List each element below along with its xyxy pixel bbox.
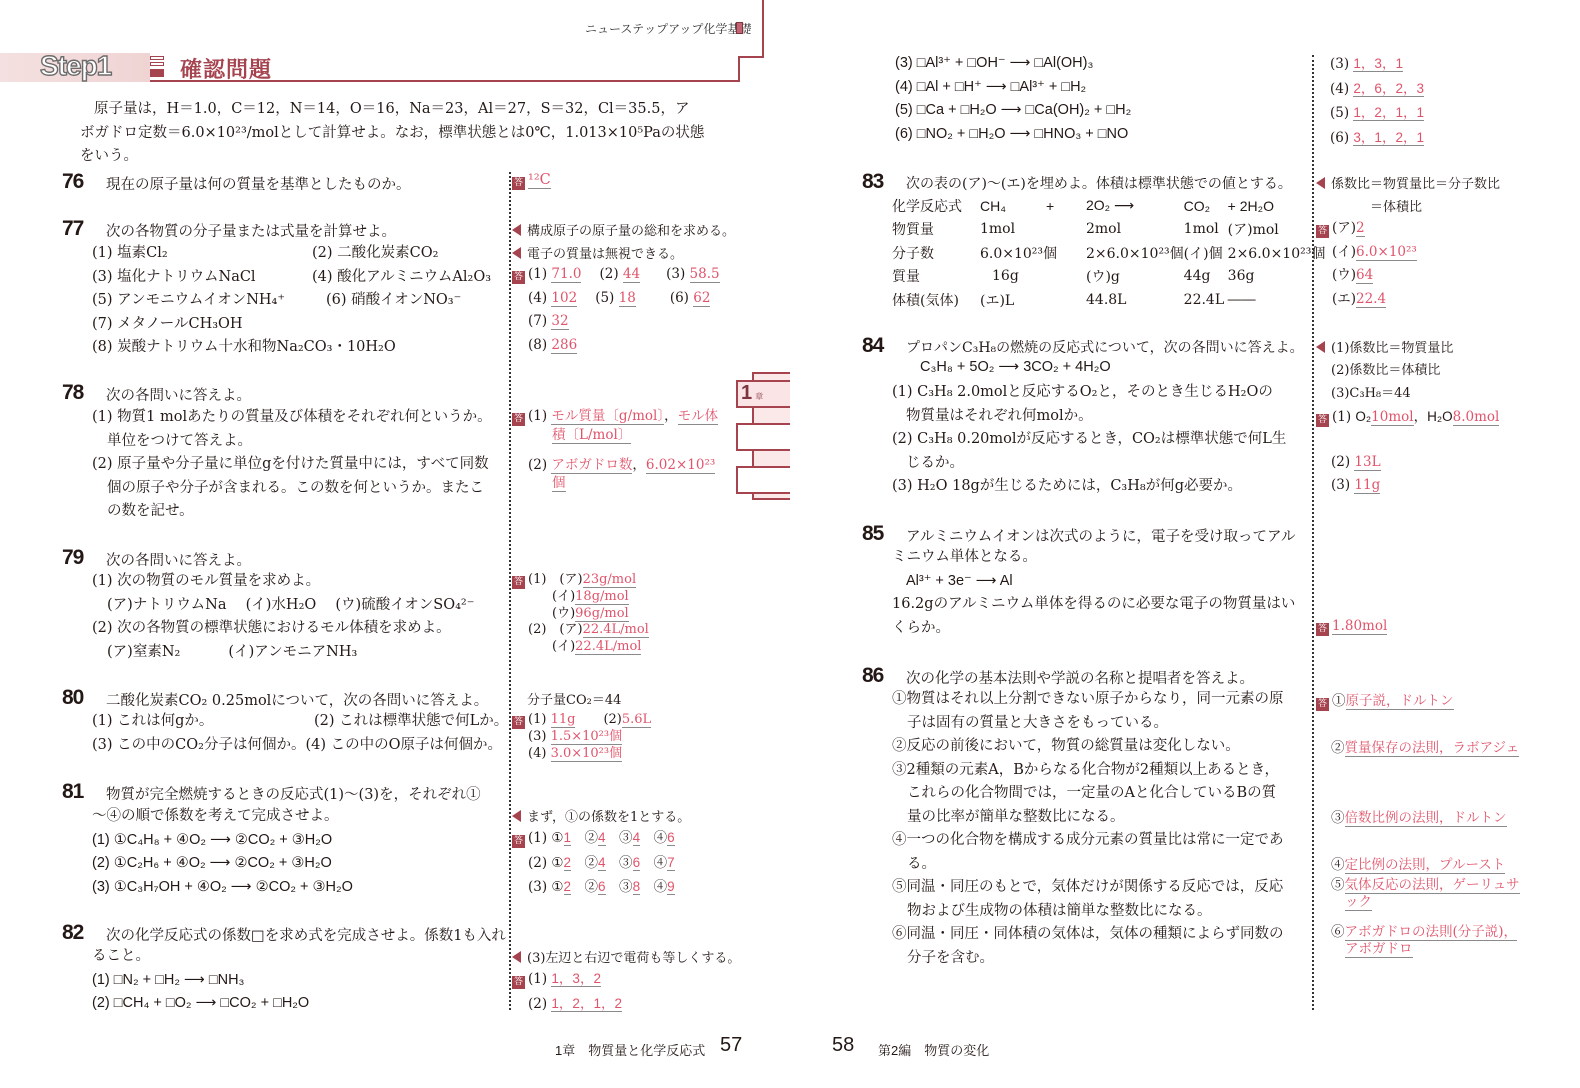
- question-number: 84: [862, 334, 883, 358]
- answer-value: ック: [1345, 894, 1372, 911]
- header-step-line: [738, 56, 764, 58]
- footer-section: 第2編 物質の変化: [878, 1040, 989, 1059]
- item: (1) 塩素Cl₂: [92, 242, 312, 266]
- answer-value: 96g/mol: [575, 606, 629, 622]
- answer-value: 6.0×10²³: [1356, 244, 1417, 261]
- answer-item: ②質量保存の法則，ラボアジェ: [1331, 736, 1519, 756]
- answer-value: モル質量〔g/mol〕: [551, 408, 664, 425]
- hint-arrow-icon: [512, 951, 521, 963]
- answer-mark-icon: 答: [512, 177, 525, 190]
- question-number: 83: [862, 170, 883, 194]
- book-title: ニューステップアップ化学基礎: [585, 20, 751, 37]
- answer-value: 32: [551, 313, 568, 330]
- answer-value: 22.4L/mol: [583, 622, 649, 638]
- item: (6) 硝酸イオンNO₃⁻: [326, 292, 461, 308]
- question-text: プロパンC₃H₈の燃焼の反応式について，次の各問いに答えよ。: [906, 337, 1304, 357]
- answer-value: 5.6L: [622, 712, 651, 728]
- answer-mark-icon: 答: [512, 576, 525, 589]
- answer-value: 原子説，ドルトン: [1346, 693, 1454, 710]
- answer-value: 1，2，1，2: [551, 996, 622, 1012]
- answer-block: 答(1) ①1 ②4 ③4 ④6 (2) ①2 ②4 ③6 ④7 (3) ①2 …: [512, 826, 675, 900]
- column-divider: [509, 172, 511, 1010]
- answer-block: 答(1) 1，3，2 (2) 1，2，1，2: [512, 967, 622, 1016]
- answer-item: ⑤気体反応の法則，ゲーリュサ ック: [1331, 877, 1520, 911]
- section-icon-bar: [150, 69, 164, 77]
- question-number: 81: [62, 780, 83, 804]
- hint-text: ＝体積比: [1370, 196, 1422, 215]
- answer-block: (2) 13L: [1331, 454, 1381, 470]
- hint-text: 電子の質量は無視できる。: [527, 247, 683, 262]
- question-lines: (3) □Al³⁺ + □OH⁻ ⟶ □Al(OH)₃ (4) □Al + □H…: [895, 52, 1131, 146]
- item: (5) アンモニウムイオンNH₄⁺: [92, 289, 326, 313]
- question-number: 76: [62, 170, 83, 194]
- left-page: ニューステップアップ化学基礎 Step1 確認問題 原子量は，H＝1.0，C＝1…: [0, 0, 790, 1088]
- answer-value: 62: [693, 290, 710, 307]
- answer-value: 18g/mol: [575, 589, 629, 605]
- answer-item: 答①原子説，ドルトン: [1316, 689, 1454, 711]
- answer-value: 22.4L/mol: [575, 639, 641, 655]
- hint-text: (3)左辺と右辺で電荷も等しくする。: [527, 951, 740, 966]
- answer-mark-icon: 答: [512, 976, 525, 989]
- reaction-table: 化学反応式CH₄+2O₂ ⟶CO₂+ 2H₂O 物質量1mol2mol1mol(…: [892, 194, 1325, 312]
- header-step-line: [738, 56, 740, 82]
- chapter-label: 章: [755, 392, 763, 401]
- question-number: 79: [62, 546, 83, 570]
- question-number: 77: [62, 217, 83, 241]
- answer-value: 1，3，2: [551, 971, 601, 987]
- hint-arrow-icon: [512, 247, 521, 259]
- section-icon-bar: [150, 56, 164, 60]
- section-title: 確認問題: [180, 53, 272, 84]
- question-lines: ミニウム単体となる。 Al³⁺ + 3e⁻ ⟶ Al 16.2gのアルミニウム単…: [892, 546, 1295, 640]
- answer-value: 積〔L/mol〕: [552, 427, 631, 444]
- question-number: 85: [862, 522, 883, 546]
- hint-text: 係数比＝物質量比＝分子数比: [1331, 177, 1500, 192]
- answer-value: 2: [1356, 220, 1365, 237]
- answer-mark-icon: 答: [1316, 225, 1329, 238]
- answer-value: 定比例の法則，プルースト: [1345, 857, 1506, 874]
- question-number: 78: [62, 381, 83, 405]
- question-text: 次の各物質の分子量または式量を計算せよ。: [106, 220, 396, 241]
- chapter-tab-1[interactable]: 1章: [736, 380, 790, 408]
- step-label: Step1: [40, 50, 111, 82]
- answer-value: 22.4: [1356, 291, 1386, 308]
- question-items: (1) 塩素Cl₂(2) 二酸化炭素CO₂ (3) 塩化ナトリウムNaCl(4)…: [92, 242, 491, 360]
- question-number: 80: [62, 686, 83, 710]
- hint-text: 構成原子の原子量の総和を求める。: [527, 224, 735, 239]
- answer-value: 倍数比例の法則，ドルトン: [1345, 810, 1507, 827]
- question-lines: ること。 (1) □N₂ + □H₂ ⟶ □NH₃ (2) □CH₄ + □O₂…: [92, 945, 309, 1016]
- answer-value: 10mol: [1371, 409, 1413, 426]
- answer-value: 8.0mol: [1453, 409, 1500, 426]
- item: (8) 炭酸ナトリウム十水和物Na₂CO₃・10H₂O: [92, 336, 491, 360]
- answer-value: 個: [552, 475, 566, 492]
- answer-value: 1，3，1: [1353, 56, 1403, 72]
- hint-arrow-icon: [512, 810, 521, 822]
- answer-value: 11g: [1354, 477, 1380, 494]
- hint-text: まず，①の係数を1とする。: [527, 810, 690, 825]
- answer-block: 答(1) モル質量〔g/mol〕，モル体 積〔L/mol〕 (2) アボガドロ数…: [512, 407, 718, 492]
- answer-value: 64: [1356, 267, 1373, 284]
- answer-block: 答(1) 71.0(2) 44(3) 58.5 (4) 102(5) 18(6)…: [512, 263, 720, 357]
- answer-block: (3) 11g: [1331, 477, 1380, 493]
- intro-text: 原子量は，H＝1.0，C＝12，N＝14，O＝16，Na＝23，Al＝27，S＝…: [80, 98, 704, 169]
- item: (3) 塩化ナトリウムNaCl: [92, 266, 312, 290]
- answer-value: 18: [619, 290, 636, 307]
- question-text: 物質が完全燃焼するときの反応式(1)～(3)を，それぞれ①: [106, 783, 481, 804]
- answer-item: ④定比例の法則，プルースト: [1331, 853, 1505, 873]
- answer-mark-icon: 答: [512, 271, 525, 284]
- book-title-marker-icon: [736, 22, 743, 34]
- answer-item: ③倍数比例の法則，ドルトン: [1331, 806, 1507, 826]
- question-lines: ～④の順で係数を考えて完成させよ。 (1) ①C₄H₈ + ④O₂ ⟶ ②CO₂…: [92, 805, 353, 899]
- question-text: 次の表の(ア)～(エ)を埋めよ。体積は標準状態での値とする。: [906, 173, 1292, 193]
- answer-value: 質量保存の法則，ラボアジェ: [1345, 740, 1520, 757]
- answer-mark-icon: 答: [512, 835, 525, 848]
- answer-value: モル体: [678, 408, 719, 425]
- footer-chapter: 1章 物質量と化学反応式: [555, 1040, 705, 1059]
- answer-block: 答(1) 11g(2)5.6L (3) 1.5×10²³個 (4) 3.0×10…: [512, 712, 651, 762]
- hint-text: (3)C₃H₈＝44: [1331, 382, 1411, 401]
- answer-value: アボガドロの法則(分子説)，: [1345, 924, 1518, 941]
- question-text: アルミニウムイオンは次式のように，電子を受け取ってアル: [906, 525, 1295, 546]
- chapter-tab-3[interactable]: [736, 466, 790, 494]
- question-number: 86: [862, 664, 883, 688]
- question-text: 次の化学の基本法則や学説の名称と提唱者を答えよ。: [906, 667, 1254, 688]
- right-page: (3) □Al³⁺ + □OH⁻ ⟶ □Al(OH)₃ (4) □Al + □H…: [790, 0, 1580, 1088]
- intro-line: をいう。: [80, 145, 704, 169]
- question-text: 次の各問いに答えよ。: [106, 549, 251, 570]
- header-vertical-line: [762, 0, 764, 58]
- answer-value: 11g: [551, 712, 576, 728]
- answer-value: 13L: [1354, 454, 1380, 471]
- answer-value: 23g/mol: [583, 572, 637, 588]
- answer-value: 58.5: [690, 266, 720, 283]
- answer-value: 1.80mol: [1332, 618, 1387, 635]
- answer-value: 44: [623, 266, 640, 283]
- answer-value: 気体反応の法則，ゲーリュサ: [1345, 877, 1520, 894]
- question-text: 次の各問いに答えよ。: [106, 384, 251, 405]
- question-lines: (1) これは何gか。(2) これは標準状態で何Lか。 (3) この中のCO₂分…: [92, 710, 508, 757]
- answer-block: 答(1) (ア)23g/mol (イ)18g/mol (ウ)96g/mol (2…: [512, 572, 649, 655]
- answer-value: 102: [551, 290, 577, 307]
- answer-value: 286: [551, 337, 577, 354]
- question-lines: (1) C₃H₈ 2.0molと反応するO₂と，そのとき生じるH₂Oの 物質量は…: [892, 381, 1286, 499]
- answer-value: 1.5×10²³個: [551, 729, 623, 745]
- question-lines: ①物質はそれ以上分割できない原子からなり，同一元素の原 子は固有の質量と大きさを…: [892, 688, 1284, 970]
- answer-block: 答(1) O₂10mol，H₂O8.0mol: [1316, 405, 1499, 427]
- answer-block: 答(ア)2 (イ)6.0×10²³ (ウ)64 (エ)22.4: [1316, 217, 1417, 311]
- answer-mark-icon: 答: [1316, 698, 1329, 711]
- page-number: 58: [832, 1034, 854, 1057]
- answer-value: ¹²C: [528, 172, 551, 189]
- reaction-equation: C₃H₈ + 5O₂ ⟶ 3CO₂ + 4H₂O: [920, 359, 1111, 375]
- answer-value: アボガドロ数: [551, 457, 632, 474]
- intro-line: ボガドロ定数＝6.0×10²³/molとして計算せよ。なお，標準状態とは0℃，1…: [80, 122, 704, 146]
- answer-value: 2，6，2，3: [1353, 81, 1424, 97]
- answer-mark-icon: 答: [512, 716, 525, 729]
- question-lines: (1) 物質1 molあたりの質量及び体積をそれぞれ何というか。 単位をつけて答…: [92, 406, 492, 524]
- section-icon-bar: [150, 62, 164, 66]
- question-text: 現在の原子量は何の質量を基準としたものか。: [106, 173, 411, 194]
- chapter-tab-2[interactable]: [736, 423, 790, 451]
- chapter-number: 1: [741, 382, 752, 404]
- hint-arrow-icon: [512, 224, 521, 236]
- hint-arrow-icon: [1316, 341, 1325, 353]
- question-lines: (1) 次の物質のモル質量を求めよ。 (ア)ナトリウムNa (イ)水H₂O (ウ…: [92, 570, 474, 664]
- question-text: 二酸化炭素CO₂ 0.25molについて，次の各問いに答えよ。: [106, 689, 488, 710]
- question-number: 82: [62, 921, 83, 945]
- item: (2) 二酸化炭素CO₂: [312, 245, 438, 261]
- hint-text: (1)係数比＝物質量比: [1331, 341, 1453, 356]
- answer-mark-icon: 答: [512, 413, 525, 426]
- answer-block: 答1.80mol: [1316, 618, 1387, 636]
- hint-arrow-icon: [1316, 177, 1325, 189]
- page-number: 57: [720, 1034, 742, 1057]
- hint-text: (2)係数比＝体積比: [1331, 359, 1440, 378]
- answer-block: (3) 1，3，1 (4) 2，6，2，3 (5) 1，2，1，1 (6) 3，…: [1330, 52, 1424, 150]
- answer-value: 3.0×10²³個: [551, 746, 623, 762]
- answer-value: アボガドロ: [1345, 941, 1413, 958]
- answer-mark-icon: 答: [1316, 414, 1329, 427]
- answer-value: 71.0: [551, 266, 581, 283]
- item: (7) メタノールCH₃OH: [92, 313, 491, 337]
- answer-mark-icon: 答: [1316, 623, 1329, 636]
- intro-line: 原子量は，H＝1.0，C＝12，N＝14，O＝16，Na＝23，Al＝27，S＝…: [80, 98, 704, 122]
- answer-value: 1，2，1，1: [1353, 105, 1424, 121]
- item: (4) 酸化アルミニウムAl₂O₃: [312, 269, 491, 285]
- answer-value: 3，1，2，1: [1353, 130, 1424, 146]
- answer-value: 6.02×10²³: [646, 457, 715, 474]
- hint-text: 分子量CO₂＝44: [527, 689, 621, 708]
- question-text: 次の化学反応式の係数□を求め式を完成させよ。係数1も入れ: [106, 924, 506, 945]
- answer-item: ⑥アボガドロの法則(分子説)， アボガドロ: [1331, 924, 1517, 958]
